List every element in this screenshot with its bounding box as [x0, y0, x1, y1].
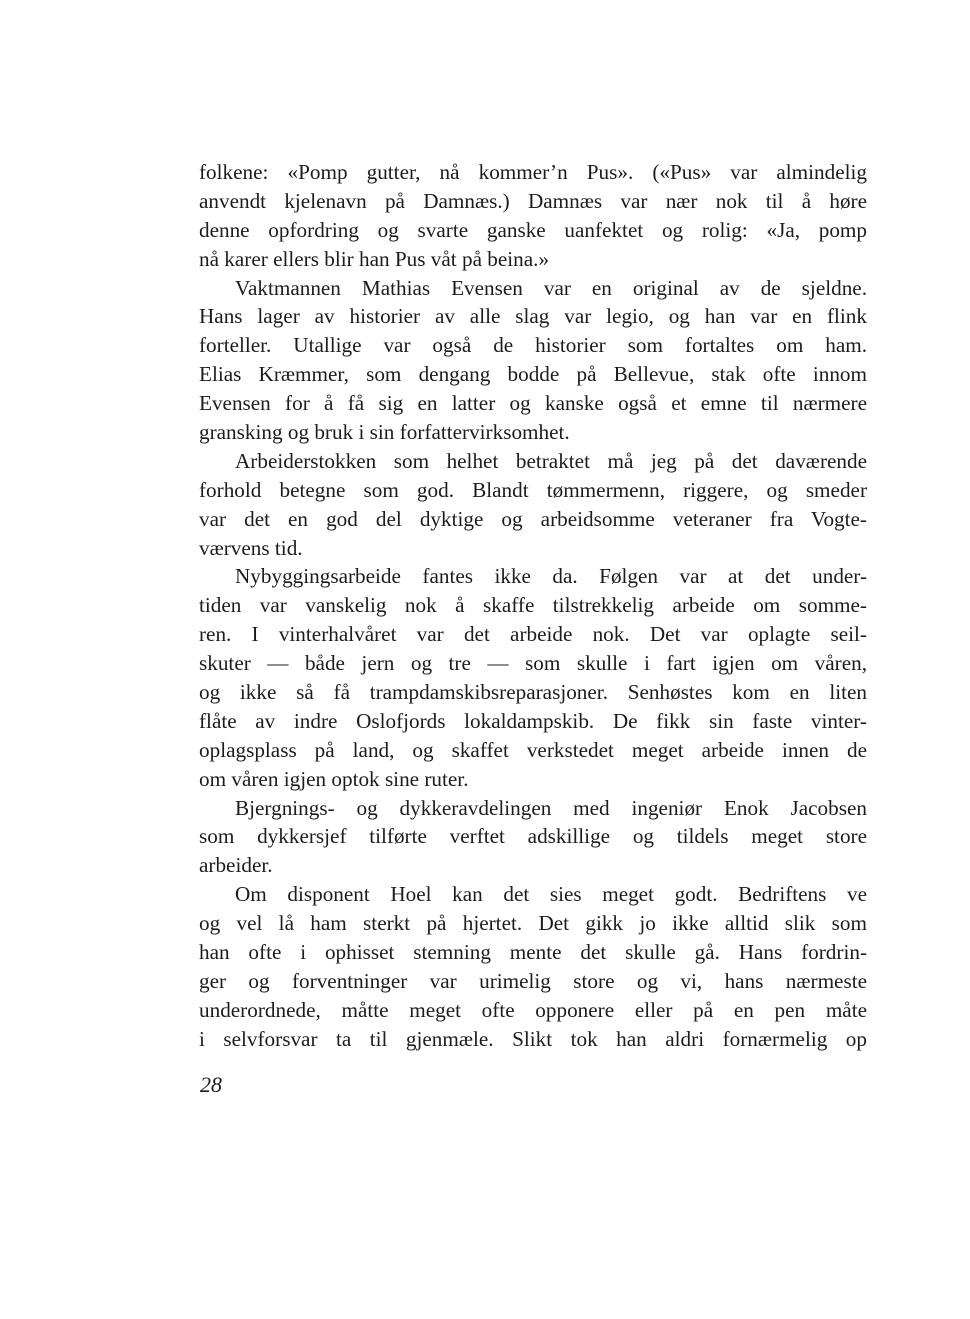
paragraph: Vaktmannen Mathias Evensen var en origin…	[199, 274, 867, 447]
text-line: folkene: «Pomp gutter, nå kommer’n Pus».…	[199, 158, 867, 187]
text-line: flåte av indre Oslofjords lokaldampskib.…	[199, 707, 867, 736]
text-line: arbeider.	[199, 851, 867, 880]
paragraph: Nybyggingsarbeide fantes ikke da. Følgen…	[199, 562, 867, 793]
text-line: Bjergnings- og dykkeravdelingen med inge…	[199, 794, 867, 823]
text-line: anvendt kjelenavn på Damnæs.) Damnæs var…	[199, 187, 867, 216]
text-line: Om disponent Hoel kan det sies meget god…	[199, 880, 867, 909]
text-line: om våren igjen optok sine ruter.	[199, 765, 867, 794]
paragraph: Arbeiderstokken som helhet betraktet må …	[199, 447, 867, 563]
text-line: oplagsplass på land, og skaffet verksted…	[199, 736, 867, 765]
text-line: var det en god del dyktige og arbeidsomm…	[199, 505, 867, 534]
book-page: folkene: «Pomp gutter, nå kommer’n Pus».…	[0, 0, 970, 1319]
text-line: gransking og bruk i sin forfattervirksom…	[199, 418, 867, 447]
paragraph: Om disponent Hoel kan det sies meget god…	[199, 880, 867, 1053]
text-line: Evensen for å få sig en latter og kanske…	[199, 389, 867, 418]
paragraph: Bjergnings- og dykkeravdelingen med inge…	[199, 794, 867, 881]
paragraph: folkene: «Pomp gutter, nå kommer’n Pus».…	[199, 158, 867, 274]
text-line: tiden var vanskelig nok å skaffe tilstre…	[199, 591, 867, 620]
text-line: Elias Kræmmer, som dengang bodde på Bell…	[199, 360, 867, 389]
text-line: denne opfordring og svarte ganske uanfek…	[199, 216, 867, 245]
text-line: ger og forventninger var urimelig store …	[199, 967, 867, 996]
body-text: folkene: «Pomp gutter, nå kommer’n Pus».…	[199, 158, 867, 1054]
text-line: underordnede, måtte meget ofte opponere …	[199, 996, 867, 1025]
text-line: forhold betegne som god. Blandt tømmerme…	[199, 476, 867, 505]
text-line: ren. I vinterhalvåret var det arbeide no…	[199, 620, 867, 649]
text-line: forteller. Utallige var også de historie…	[199, 331, 867, 360]
text-line: Nybyggingsarbeide fantes ikke da. Følgen…	[199, 562, 867, 591]
text-line: værvens tid.	[199, 534, 867, 563]
text-line: skuter — både jern og tre — som skulle i…	[199, 649, 867, 678]
text-line: som dykkersjef tilførte verftet adskilli…	[199, 822, 867, 851]
text-line: og ikke så få trampdamskibsreparasjoner.…	[199, 678, 867, 707]
text-line: Hans lager av historier av alle slag var…	[199, 302, 867, 331]
text-line: nå karer ellers blir han Pus våt på bein…	[199, 245, 867, 274]
text-line: og vel lå ham sterkt på hjertet. Det gik…	[199, 909, 867, 938]
text-line: han ofte i ophisset stemning mente det s…	[199, 938, 867, 967]
text-line: Arbeiderstokken som helhet betraktet må …	[199, 447, 867, 476]
text-line: Vaktmannen Mathias Evensen var en origin…	[199, 274, 867, 303]
page-number: 28	[200, 1072, 222, 1098]
text-line: i selvforsvar ta til gjenmæle. Slikt tok…	[199, 1025, 867, 1054]
